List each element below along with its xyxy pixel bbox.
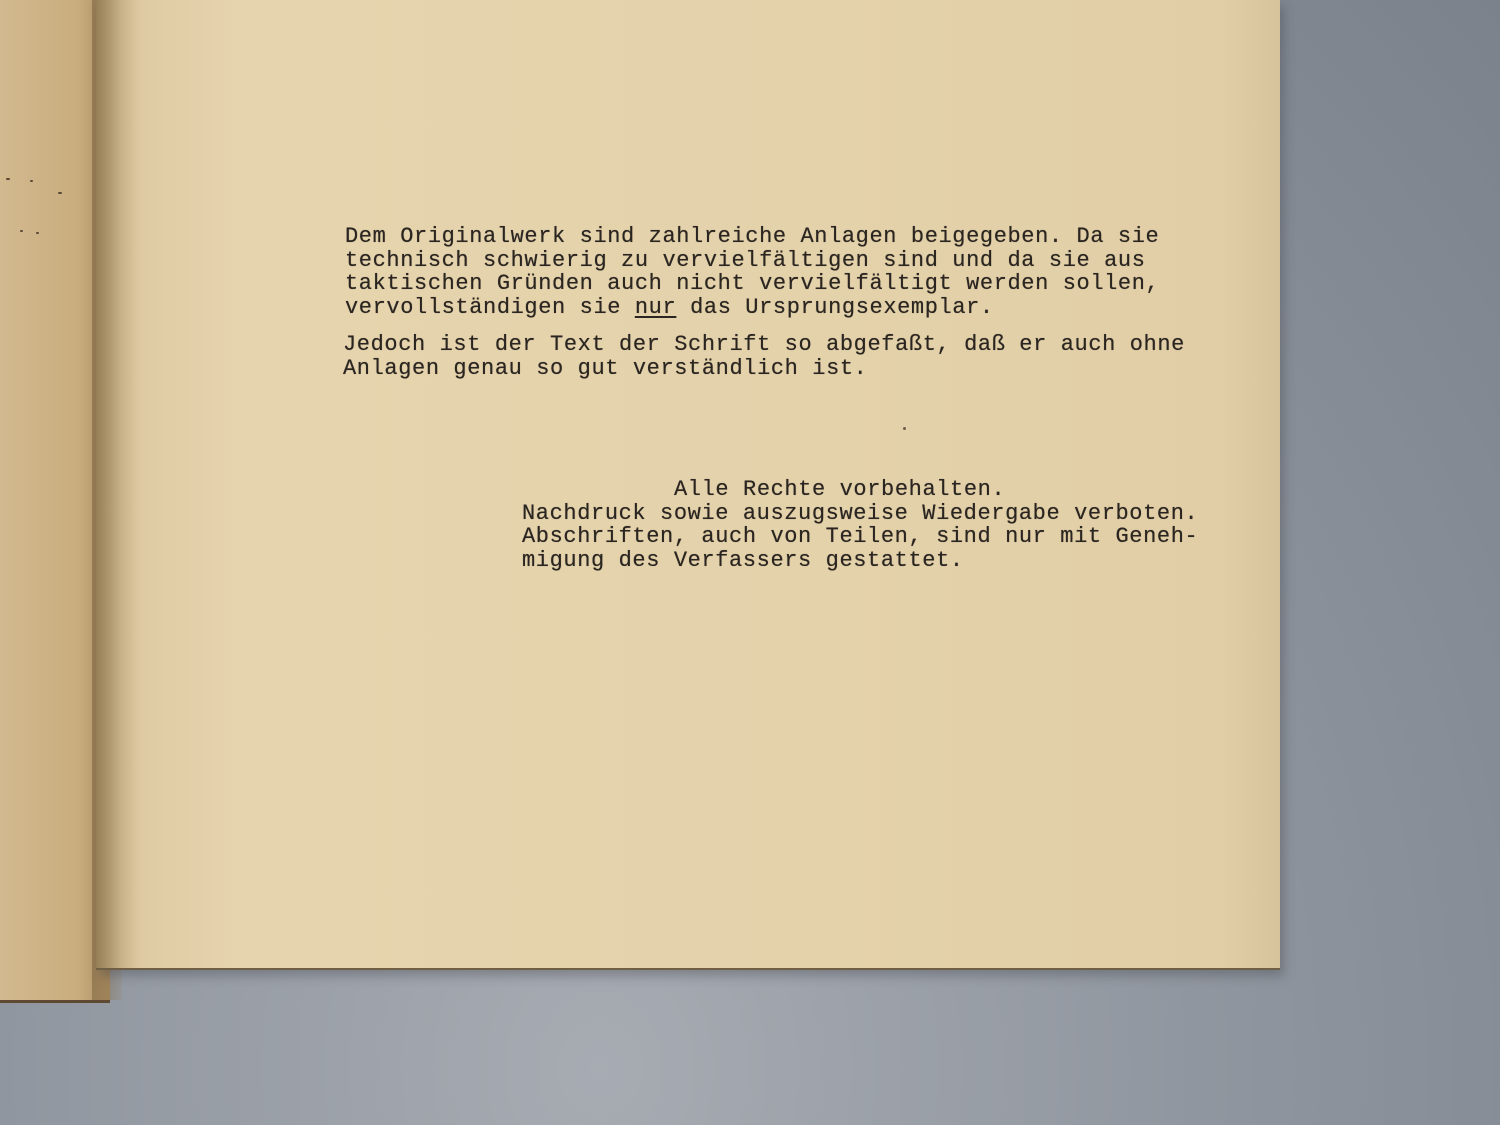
book-gutter <box>96 0 136 968</box>
left-page <box>0 0 110 1003</box>
text-line: Anlagen genau so gut verständlich ist. <box>343 357 1185 381</box>
text-line: Abschriften, auch von Teilen, sind nur m… <box>522 525 1198 549</box>
text-line: vervollständigen sie nur das Ursprungsex… <box>345 296 1159 320</box>
text-segment: das Ursprungsexemplar. <box>676 295 993 320</box>
text-line: migung des Verfassers gestattet. <box>522 549 1198 573</box>
text-line: Nachdruck sowie auszugsweise Wiedergabe … <box>522 502 1198 526</box>
underlined-word: nur <box>635 295 676 320</box>
rights-notice: Alle Rechte vorbehalten.Nachdruck sowie … <box>522 478 1198 572</box>
paragraph-annexes: Dem Originalwerk sind zahlreiche Anlagen… <box>345 225 1159 319</box>
ink-dot <box>903 427 906 430</box>
text-line: taktischen Gründen auch nicht vervielfäl… <box>345 272 1159 296</box>
text-line: Dem Originalwerk sind zahlreiche Anlagen… <box>345 225 1159 249</box>
text-line: technisch schwierig zu vervielfältigen s… <box>345 249 1159 273</box>
paragraph-comprehensibility: Jedoch ist der Text der Schrift so abgef… <box>343 333 1185 380</box>
text-segment: vervollständigen sie <box>345 295 635 320</box>
text-line: Jedoch ist der Text der Schrift so abgef… <box>343 333 1185 357</box>
rights-title: Alle Rechte vorbehalten. <box>522 478 1198 502</box>
paper-specks <box>0 170 100 240</box>
